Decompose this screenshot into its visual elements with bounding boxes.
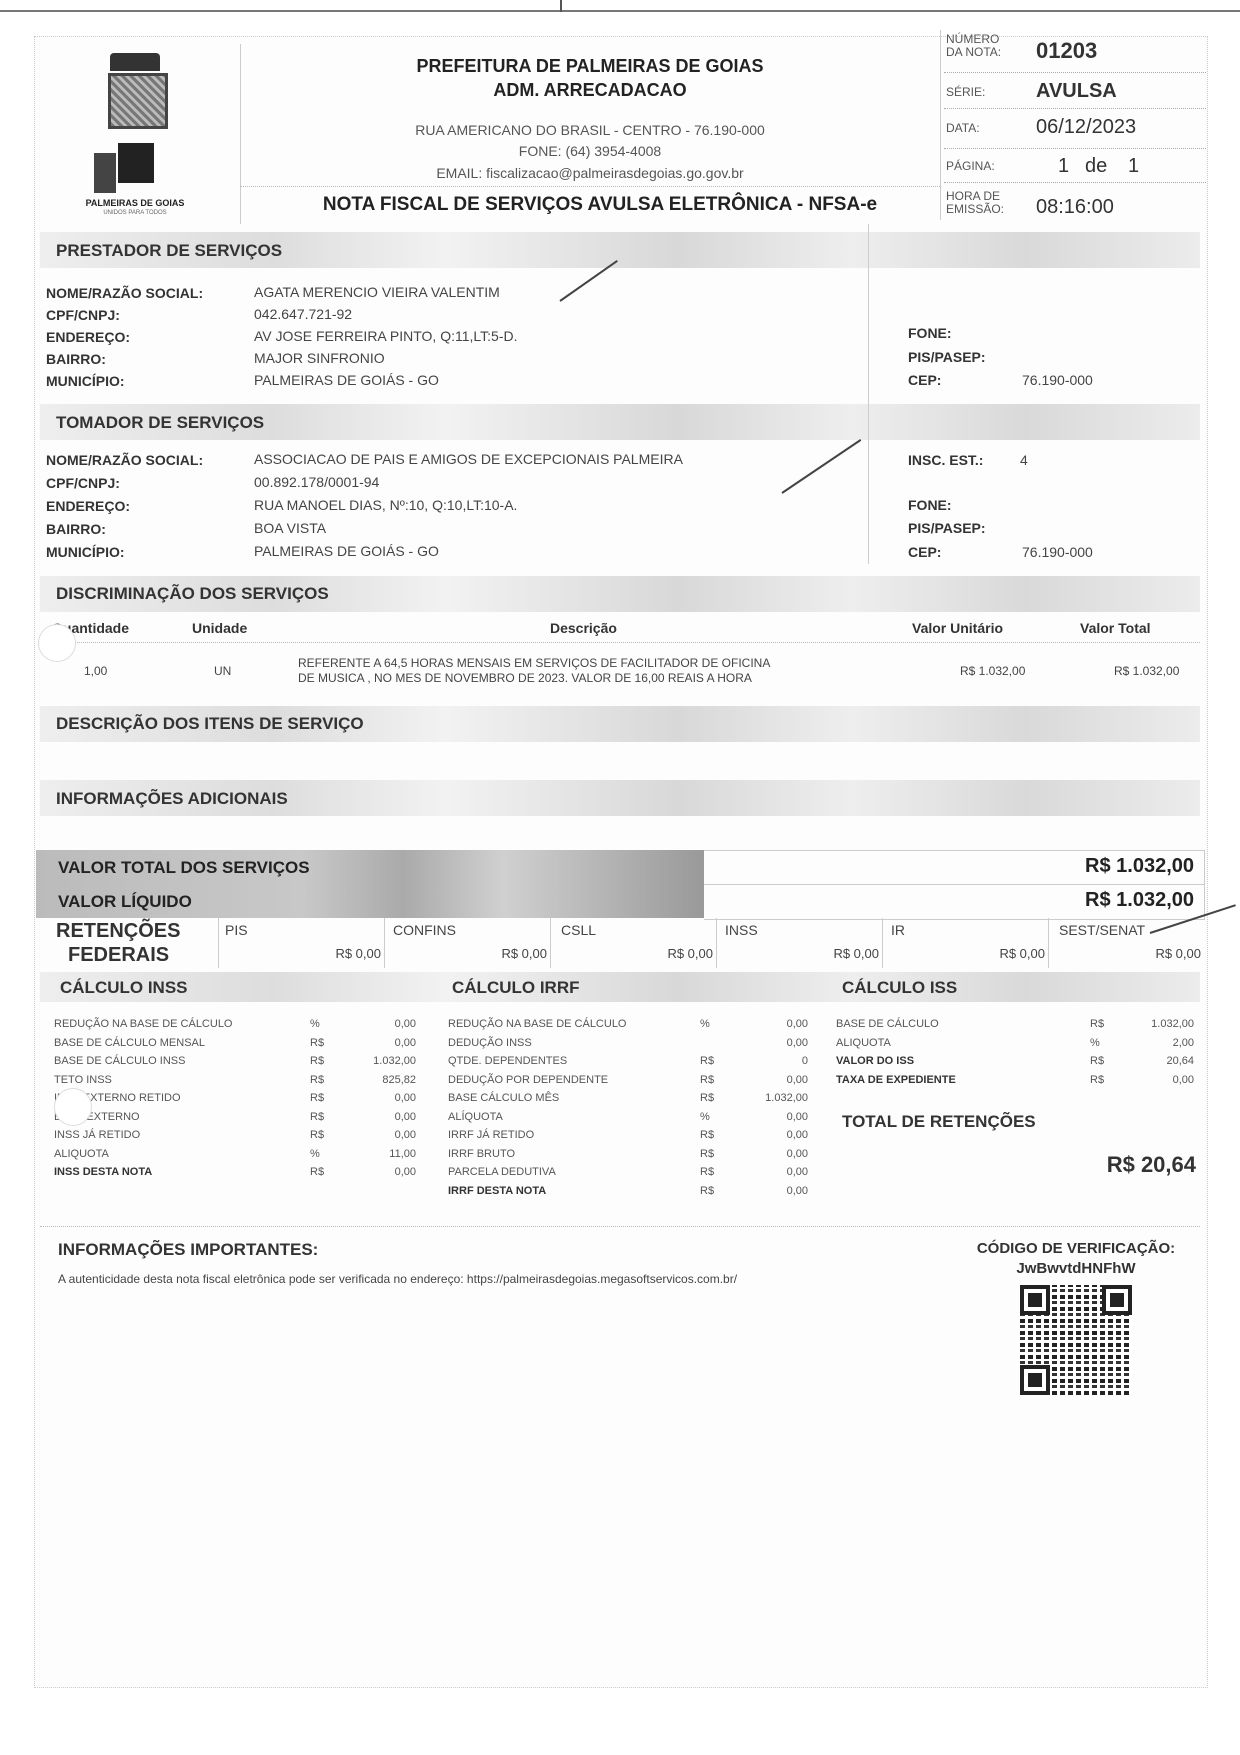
retencao-name: SEST/SENAT (1059, 922, 1145, 938)
calc-row-unit: R$ (700, 1129, 714, 1141)
tomador-endereco: RUA MANOEL DIAS, Nº:10, Q:10,LT:10-A. (254, 497, 517, 513)
prestador-cep-label: CEP: (908, 372, 941, 388)
calc-row-value: 1.032,00 (373, 1055, 416, 1067)
calc-row: TAXA DE EXPEDIENTER$0,00 (836, 1074, 1194, 1092)
punch-hole (54, 1088, 92, 1126)
calc-row-value: 0,00 (787, 1074, 808, 1086)
calc-row: QTDE. DEPENDENTESR$0 (448, 1055, 808, 1073)
retencao-name: INSS (725, 922, 758, 938)
codigo-verificacao: JwBwvtdHNFhW (966, 1260, 1186, 1277)
calc-row-unit: R$ (310, 1111, 324, 1123)
party-divider (868, 224, 869, 564)
calc-row: DEDUÇÃO POR DEPENDENTER$0,00 (448, 1074, 808, 1092)
calc-row-unit: % (700, 1111, 710, 1123)
calc-row-value: 1.032,00 (1151, 1018, 1194, 1030)
calc-row: BASE DE CÁLCULO INSSR$1.032,00 (54, 1055, 416, 1073)
retencao-confins: CONFINS R$ 0,00 (384, 918, 551, 968)
calc-row-unit: % (310, 1148, 320, 1160)
calc-row-value: 0,00 (395, 1111, 416, 1123)
logo-figure-center (118, 143, 154, 183)
retencoes-title-l1: RETENÇÕES (56, 920, 180, 943)
retencao-value: R$ 0,00 (667, 946, 713, 961)
calc-row-name: BASE DE CÁLCULO INSS (54, 1055, 185, 1067)
tomador-municipio-label: MUNICÍPIO: (46, 544, 125, 560)
itens-title: DESCRIÇÃO DOS ITENS DE SERVIÇO (56, 714, 364, 734)
paper-edge-notch (560, 0, 562, 12)
paper-edge-line (0, 10, 1240, 12)
calc-row-value: 11,00 (389, 1148, 416, 1160)
prestador-cpf-label: CPF/CNPJ: (46, 307, 120, 323)
calc-row-unit: R$ (700, 1074, 714, 1086)
calc-row: BASE DE CÁLCULOR$1.032,00 (836, 1018, 1194, 1036)
calculo-inss-title: CÁLCULO INSS (60, 978, 188, 998)
calc-row: BASE DE CÁLCULO MENSALR$0,00 (54, 1037, 416, 1055)
totals-value-box (704, 850, 1205, 920)
calc-row-name: DEDUÇÃO INSS (448, 1037, 532, 1049)
calculo-iss-title: CÁLCULO ISS (842, 978, 957, 998)
calc-row: IRRF JÁ RETIDOR$0,00 (448, 1129, 808, 1147)
retencao-value: R$ 0,00 (833, 946, 879, 961)
info-importantes-title: INFORMAÇÕES IMPORTANTES: (58, 1240, 318, 1260)
calc-row-value: 20,64 (1166, 1055, 1194, 1067)
col-valor-unitario: Valor Unitário (912, 620, 1003, 636)
calc-row-value: 0,00 (787, 1111, 808, 1123)
calc-row-name: IRRF JÁ RETIDO (448, 1129, 534, 1141)
org-address: RUA AMERICANO DO BRASIL - CENTRO - 76.19… (240, 122, 940, 138)
qr-finder (1102, 1285, 1132, 1315)
calc-row-unit: R$ (310, 1092, 324, 1104)
prestador-cpf: 042.647.721-92 (254, 306, 352, 322)
prestador-bairro-label: BAIRRO: (46, 351, 106, 367)
prestador-municipio-label: MUNICÍPIO: (46, 373, 125, 389)
calc-row: VALOR DO ISSR$20,64 (836, 1055, 1194, 1073)
total-retencoes-value: R$ 20,64 (1107, 1152, 1196, 1178)
org-email: EMAIL: fiscalizacao@palmeirasdegoias.go.… (240, 165, 940, 181)
col-valor-total: Valor Total (1080, 620, 1151, 636)
calc-row-unit: R$ (700, 1055, 714, 1067)
calc-row-value: 0,00 (787, 1185, 808, 1197)
valor-liquido-label: VALOR LÍQUIDO (58, 892, 192, 912)
retencao-value: R$ 0,00 (999, 946, 1045, 961)
logo-subtext: UNIDOS PARA TODOS (80, 210, 190, 216)
calc-row-value: 0,00 (787, 1018, 808, 1030)
calc-row-name: IRRF DESTA NOTA (448, 1185, 546, 1197)
calc-row: INSS DESTA NOTAR$0,00 (54, 1166, 416, 1184)
prestador-nome: AGATA MERENCIO VIEIRA VALENTIM (254, 284, 500, 300)
calc-row-name: QTDE. DEPENDENTES (448, 1055, 567, 1067)
serie-value: AVULSA (1036, 80, 1117, 103)
tomador-fone-label: FONE: (908, 497, 952, 513)
calc-row-name: BASE DE CÁLCULO (836, 1018, 939, 1030)
table-header-rule (40, 642, 1200, 643)
pagina-sep: de (1085, 155, 1107, 178)
prestador-endereco: AV JOSE FERREIRA PINTO, Q:11,LT:5-D. (254, 328, 517, 344)
shield-icon (108, 73, 168, 129)
org-name: PREFEITURA DE PALMEIRAS DE GOIAS (240, 56, 940, 77)
row-unidade: UN (214, 664, 231, 678)
qr-finder (1020, 1285, 1050, 1315)
meta-rule (944, 182, 1206, 184)
prestador-cep: 76.190-000 (1022, 372, 1093, 388)
calc-row: ALÍQUOTA%0,00 (448, 1111, 808, 1129)
qr-finder (1020, 1365, 1050, 1395)
calc-row-value: 0,00 (395, 1037, 416, 1049)
calc-row: IRRF BRUTOR$0,00 (448, 1148, 808, 1166)
calc-row-value: 0,00 (1173, 1074, 1194, 1086)
pagina-label: PÁGINA: (946, 160, 995, 173)
retencao-inss: INSS R$ 0,00 (716, 918, 883, 968)
prestador-endereco-label: ENDEREÇO: (46, 329, 130, 345)
retencao-pis: PIS R$ 0,00 (218, 918, 385, 968)
prestador-pis-label: PIS/PASEP: (908, 349, 986, 365)
calc-row: ALIQUOTA%11,00 (54, 1148, 416, 1166)
tomador-pis-label: PIS/PASEP: (908, 520, 986, 536)
prestador-nome-label: NOME/RAZÃO SOCIAL: (46, 285, 203, 301)
servicos-title: DISCRIMINAÇÃO DOS SERVIÇOS (56, 584, 329, 604)
municipal-coat-of-arms-icon: PALMEIRAS DE GOIAS UNIDOS PARA TODOS (80, 48, 190, 218)
row-descricao-l2: DE MUSICA , NO MES DE NOVEMBRO DE 2023. … (298, 671, 752, 685)
calc-row: TETO INSSR$825,82 (54, 1074, 416, 1092)
calc-row-unit: R$ (1090, 1055, 1104, 1067)
retencao-name: CSLL (561, 922, 596, 938)
calc-row-name: ALÍQUOTA (448, 1111, 503, 1123)
calc-row-name: DEDUÇÃO POR DEPENDENTE (448, 1074, 608, 1086)
tomador-cep: 76.190-000 (1022, 544, 1093, 560)
retencao-name: PIS (225, 922, 248, 938)
calc-row: REDUÇÃO NA BASE DE CÁLCULO%0,00 (54, 1018, 416, 1036)
calc-row-name: IRRF BRUTO (448, 1148, 515, 1160)
calc-row: ALIQUOTA%2,00 (836, 1037, 1194, 1055)
calc-row: BASE EXTERNOR$0,00 (54, 1111, 416, 1129)
retencao-ir: IR R$ 0,00 (882, 918, 1049, 968)
calc-row-unit: R$ (700, 1185, 714, 1197)
calc-row-value: 0,00 (787, 1037, 808, 1049)
calc-row-unit: R$ (700, 1148, 714, 1160)
calc-row: INSS EXTERNO RETIDOR$0,00 (54, 1092, 416, 1110)
codigo-label: CÓDIGO DE VERIFICAÇÃO: (966, 1240, 1186, 1257)
calculo-irrf-title: CÁLCULO IRRF (452, 978, 579, 998)
calc-row-value: 0,00 (395, 1018, 416, 1030)
meta-rule (944, 72, 1206, 74)
retencao-name: IR (891, 922, 905, 938)
calc-row-value: 0,00 (395, 1129, 416, 1141)
tomador-title: TOMADOR DE SERVIÇOS (56, 413, 264, 433)
retencao-csll: CSLL R$ 0,00 (550, 918, 717, 968)
calc-row-unit: R$ (1090, 1074, 1104, 1086)
calc-row-name: VALOR DO ISS (836, 1055, 914, 1067)
row-valor-unitario: R$ 1.032,00 (960, 664, 1025, 678)
calc-row-name: TETO INSS (54, 1074, 112, 1086)
calc-row-name: TAXA DE EXPEDIENTE (836, 1074, 956, 1086)
calc-row-unit: % (700, 1018, 710, 1030)
calc-row-value: 0,00 (787, 1129, 808, 1141)
retencao-sest-senat: SEST/SENAT R$ 0,00 (1048, 918, 1205, 968)
calc-row-value: 0,00 (395, 1166, 416, 1178)
tomador-nome-label: NOME/RAZÃO SOCIAL: (46, 452, 203, 468)
punch-hole (38, 624, 76, 662)
col-unidade: Unidade (192, 620, 247, 636)
calc-row-name: BASE DE CÁLCULO MENSAL (54, 1037, 205, 1049)
footer-rule (40, 1226, 1200, 1227)
prestador-bairro: MAJOR SINFRONIO (254, 350, 385, 366)
row-valor-total: R$ 1.032,00 (1114, 664, 1179, 678)
calc-row: REDUÇÃO NA BASE DE CÁLCULO%0,00 (448, 1018, 808, 1036)
calc-row-name: ALIQUOTA (836, 1037, 891, 1049)
tomador-bairro-label: BAIRRO: (46, 521, 106, 537)
retencao-value: R$ 0,00 (501, 946, 547, 961)
tomador-nome: ASSOCIACAO DE PAIS E AMIGOS DE EXCEPCION… (254, 451, 683, 467)
prestador-title: PRESTADOR DE SERVIÇOS (56, 241, 282, 261)
info-importantes-text: A autenticidade desta nota fiscal eletrô… (58, 1272, 737, 1286)
tomador-bairro: BOA VISTA (254, 520, 326, 536)
numero-label: NÚMERO DA NOTA: (946, 33, 1016, 59)
tomador-cep-label: CEP: (908, 544, 941, 560)
calc-row-unit: % (1090, 1037, 1100, 1049)
calc-row-unit: R$ (1090, 1018, 1104, 1030)
tomador-cpf: 00.892.178/0001-94 (254, 474, 379, 490)
calc-row-value: 0,00 (395, 1092, 416, 1104)
calc-row-value: 0,00 (787, 1148, 808, 1160)
calc-row-unit: R$ (310, 1166, 324, 1178)
calc-row-unit: R$ (310, 1055, 324, 1067)
calculos-section-bar (40, 972, 1200, 1002)
calc-row-value: 1.032,00 (765, 1092, 808, 1104)
header-rule (240, 186, 940, 187)
logo-figure-left (94, 153, 116, 193)
data-label: DATA: (946, 122, 980, 135)
calc-row-value: 0,00 (787, 1166, 808, 1178)
hora-value: 08:16:00 (1036, 196, 1114, 219)
calc-row: BASE CÁLCULO MÊSR$1.032,00 (448, 1092, 808, 1110)
calc-row-unit: % (310, 1018, 320, 1030)
calc-row-unit: R$ (310, 1129, 324, 1141)
tomador-insc-label: INSC. EST.: (908, 452, 983, 468)
calc-row-name: INSS DESTA NOTA (54, 1166, 152, 1178)
calc-row-unit: R$ (310, 1037, 324, 1049)
calc-row-value: 825,82 (382, 1074, 416, 1086)
calc-row: DEDUÇÃO INSS0,00 (448, 1037, 808, 1055)
calc-row-name: PARCELA DEDUTIVA (448, 1166, 556, 1178)
calc-row: IRRF DESTA NOTAR$0,00 (448, 1185, 808, 1203)
logo-text: PALMEIRAS DE GOIAS (80, 198, 190, 208)
retencao-value: R$ 0,00 (335, 946, 381, 961)
retencoes-title-l2: FEDERAIS (68, 944, 169, 967)
data-value: 06/12/2023 (1036, 116, 1136, 139)
document-title: NOTA FISCAL DE SERVIÇOS AVULSA ELETRÔNIC… (260, 194, 940, 216)
calc-row: PARCELA DEDUTIVAR$0,00 (448, 1166, 808, 1184)
tomador-insc: 4 (1020, 452, 1028, 468)
qr-code-icon (1020, 1285, 1132, 1395)
crown-icon (110, 53, 160, 71)
calc-row-name: REDUÇÃO NA BASE DE CÁLCULO (448, 1018, 627, 1030)
serie-label: SÉRIE: (946, 86, 985, 99)
row-descricao-l1: REFERENTE A 64,5 HORAS MENSAIS EM SERVIÇ… (298, 656, 770, 670)
prestador-municipio: PALMEIRAS DE GOIÁS - GO (254, 372, 439, 388)
calc-row-value: 2,00 (1173, 1037, 1194, 1049)
retencao-value: R$ 0,00 (1155, 946, 1201, 961)
pagina-value: 1 (1058, 155, 1069, 178)
numero-nota: 01203 (1036, 38, 1097, 64)
total-retencoes-title: TOTAL DE RETENÇÕES (842, 1112, 1036, 1132)
tomador-municipio: PALMEIRAS DE GOIÁS - GO (254, 543, 439, 559)
calc-row-value: 0 (802, 1055, 808, 1067)
meta-rule (944, 148, 1206, 150)
totals-rule (704, 884, 1204, 885)
calc-row-unit: R$ (700, 1092, 714, 1104)
prestador-fone-label: FONE: (908, 325, 952, 341)
calc-row-unit: R$ (700, 1166, 714, 1178)
meta-rule (944, 108, 1206, 110)
tomador-endereco-label: ENDEREÇO: (46, 498, 130, 514)
meta-divider (940, 30, 941, 220)
org-phone: FONE: (64) 3954-4008 (240, 143, 940, 159)
col-descricao: Descrição (550, 620, 617, 636)
calc-row: INSS JÁ RETIDOR$0,00 (54, 1129, 416, 1147)
org-dept: ADM. ARRECADACAO (240, 80, 940, 101)
info-adicionais-title: INFORMAÇÕES ADICIONAIS (56, 789, 288, 809)
hora-label: HORA DE EMISSÃO: (946, 190, 1016, 216)
calc-row-name: ALIQUOTA (54, 1148, 109, 1160)
valor-total-label: VALOR TOTAL DOS SERVIÇOS (58, 858, 310, 878)
pagina-total: 1 (1128, 155, 1139, 178)
calc-row-unit: R$ (310, 1074, 324, 1086)
calc-row-name: INSS JÁ RETIDO (54, 1129, 140, 1141)
calc-row-name: BASE CÁLCULO MÊS (448, 1092, 559, 1104)
row-quantidade: 1,00 (84, 664, 107, 678)
calc-row-name: REDUÇÃO NA BASE DE CÁLCULO (54, 1018, 233, 1030)
tomador-cpf-label: CPF/CNPJ: (46, 475, 120, 491)
retencao-name: CONFINS (393, 922, 456, 938)
